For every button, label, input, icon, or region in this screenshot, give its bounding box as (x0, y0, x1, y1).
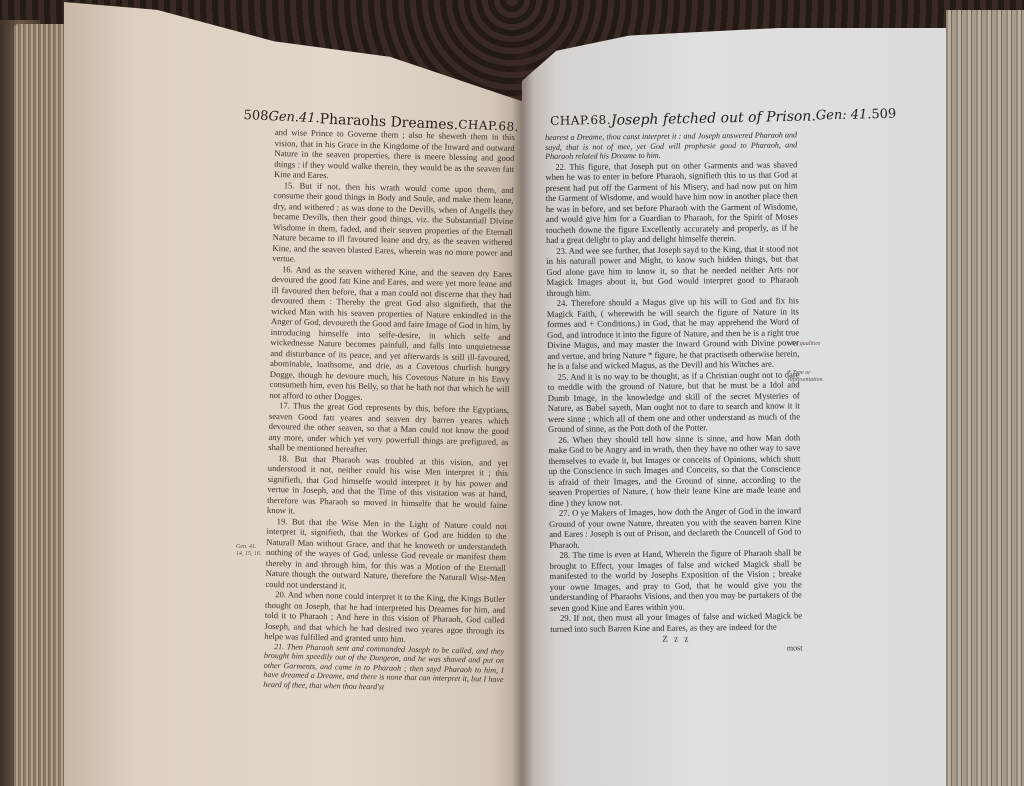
paragraph: 18. But that Pharaoh was troubled at thi… (267, 452, 508, 520)
paragraph: 19. But that the Wise Men in the Light o… (265, 515, 506, 594)
right-page-reference: Gen: 41. (816, 107, 872, 124)
right-margin-note-type: * Type or representation. (788, 370, 848, 384)
left-margin-note: Gen. 41. 14, 15, 16. (236, 544, 264, 558)
book-gutter (512, 50, 534, 786)
left-page-number: 508 (243, 108, 269, 125)
paragraph: 26. When they should tell how sinne is s… (548, 432, 801, 508)
right-page-number: 509 (871, 107, 896, 124)
paragraph: 16. And as the seaven withered Kine, and… (269, 263, 512, 404)
paragraph: 24. Therefore should a Magus give up his… (547, 295, 800, 371)
open-book: 508 Gen.41. Pharaohs Dreames. CHAP.68. a… (0, 0, 1024, 786)
paragraph: 17. Thus the great God represents by thi… (268, 400, 509, 458)
left-page-text: and wise Prince to Governe them ; also h… (263, 127, 515, 694)
paragraph: 27. O ye Makers of Images, how doth the … (549, 505, 801, 550)
paragraph: 23. And wee see further, that Joseph say… (546, 243, 799, 298)
right-margin-note-qualities: + Or qualities (786, 341, 846, 348)
paragraph: 20. And when none could interpret it to … (264, 589, 505, 647)
paragraph: 25. And it is no way to be thought, as i… (547, 369, 800, 435)
right-page-chapter: CHAP.68. (550, 113, 611, 130)
paragraph: 28. The time is even at Hand, Wherein th… (549, 547, 802, 613)
page-edges-right (946, 10, 1024, 786)
right-page-text: hearest a Dreame, thou canst interpret i… (545, 130, 802, 656)
paragraph: 22. This figure, that Joseph put on othe… (545, 159, 798, 246)
paragraph: hearest a Dreame, thou canst interpret i… (545, 130, 797, 161)
paragraph: 29. If not, then must all your Images of… (550, 610, 802, 634)
left-page-reference: Gen.41. (268, 109, 320, 127)
paragraph: 21. Then Pharaoh sent and commanded Jose… (263, 641, 504, 694)
paragraph: and wise Prince to Governe them ; also h… (274, 127, 515, 185)
paragraph: 15. But if not, then his wrath would com… (272, 179, 514, 268)
